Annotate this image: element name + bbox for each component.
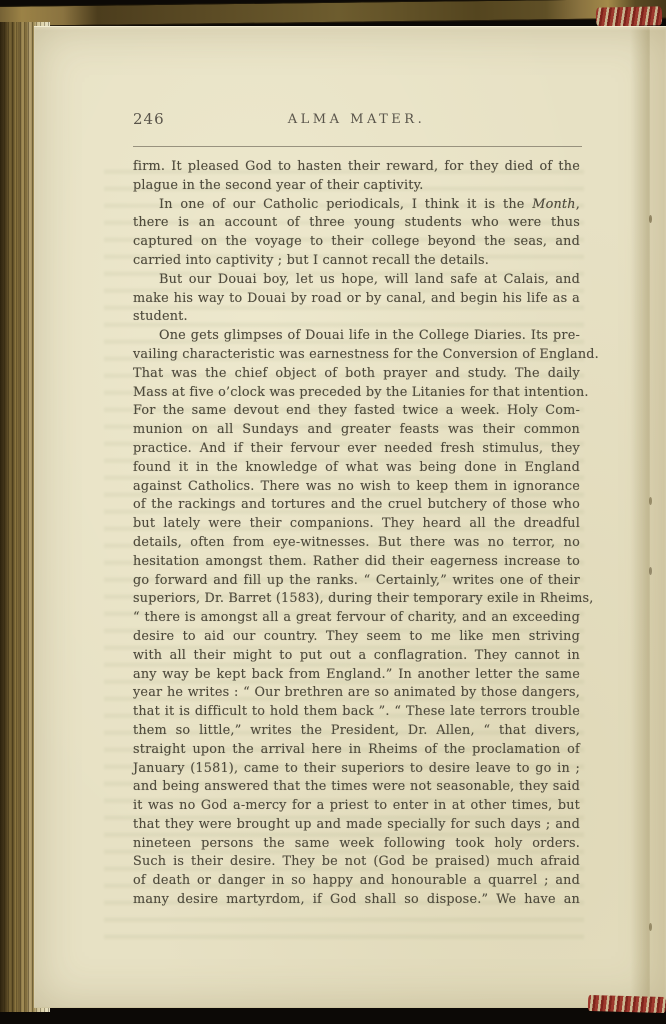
text-line: student.	[133, 308, 580, 327]
book-top-edge	[0, 0, 666, 27]
text-line: it was no God a-mercy for a priest to en…	[133, 797, 580, 816]
text-line: munion on all Sundays and greater feasts…	[133, 421, 580, 440]
text-line: nineteen persons the same week following…	[133, 835, 580, 854]
text-line: make his way to Douai by road or by cana…	[133, 290, 580, 309]
text-line: Such is their desire. They be not (God b…	[133, 853, 580, 872]
header-rule	[133, 146, 582, 147]
headband-bottom	[588, 995, 666, 1013]
text-line: Mass at five o’clock was preceded by the…	[133, 384, 580, 403]
text-line: In one of our Catholic periodicals, I th…	[133, 196, 580, 215]
text-line: captured on the voyage to their college …	[133, 233, 580, 252]
text-line: against Catholics. There was no wish to …	[133, 478, 580, 497]
book-page: 246 ALMA MATER. firm. It pleased God to …	[34, 26, 666, 1008]
body-text: firm. It pleased God to hasten their rew…	[133, 158, 580, 910]
text-line: But our Douai boy, let us hope, will lan…	[133, 271, 580, 290]
text-line: January (1581), came to their superiors …	[133, 760, 580, 779]
text-line: desire to aid our country. They seem to …	[133, 628, 580, 647]
text-line: practice. And if their fervour ever need…	[133, 440, 580, 459]
text-line: One gets glimpses of Douai life in the C…	[133, 327, 580, 346]
text-line: firm. It pleased God to hasten their rew…	[133, 158, 580, 177]
text-line: plague in the second year of their capti…	[133, 177, 580, 196]
text-line: found it in the knowledge of what was be…	[133, 459, 580, 478]
text-line: that they were brought up and made speci…	[133, 816, 580, 835]
text-line: superiors, Dr. Barret (1583), during the…	[133, 590, 580, 609]
text-line: any way be kept back from England.” In a…	[133, 666, 580, 685]
text-line: with all their might to put out a confla…	[133, 647, 580, 666]
running-title: ALMA MATER.	[133, 112, 580, 127]
text-line: of the rackings and tortures and the cru…	[133, 496, 580, 515]
text-line: many desire martyrdom, if God shall so d…	[133, 891, 580, 910]
text-line: carried into captivity ; but I cannot re…	[133, 252, 580, 271]
text-line: vailing characteristic was earnestness f…	[133, 346, 580, 365]
text-line: them so little,” writes the President, D…	[133, 722, 580, 741]
text-line: hesitation amongst them. Rather did thei…	[133, 553, 580, 572]
text-line: that it is difficult to hold them back ”…	[133, 703, 580, 722]
text-line: year he writes : “ Our brethren are so a…	[133, 684, 580, 703]
text-line: of death or danger in so happy and honou…	[133, 872, 580, 891]
text-line: “ there is amongst all a great fervour o…	[133, 609, 580, 628]
text-line: go forward and fill up the ranks. “ Cert…	[133, 572, 580, 591]
text-line: but lately were their companions. They h…	[133, 515, 580, 534]
headband-top	[596, 6, 662, 26]
page-header: 246 ALMA MATER.	[133, 110, 580, 132]
page-edge-marks	[649, 215, 652, 223]
text-line: and being answered that the times were n…	[133, 778, 580, 797]
book-scan: 246 ALMA MATER. firm. It pleased God to …	[0, 0, 666, 1024]
text-line: there is an account of three young stude…	[133, 214, 580, 233]
text-line: details, often from eye-witnesses. But t…	[133, 534, 580, 553]
text-line: That was the chief object of both prayer…	[133, 365, 580, 384]
text-line: For the same devout end they fasted twic…	[133, 402, 580, 421]
text-line: straight upon the arrival here in Rheims…	[133, 741, 580, 760]
